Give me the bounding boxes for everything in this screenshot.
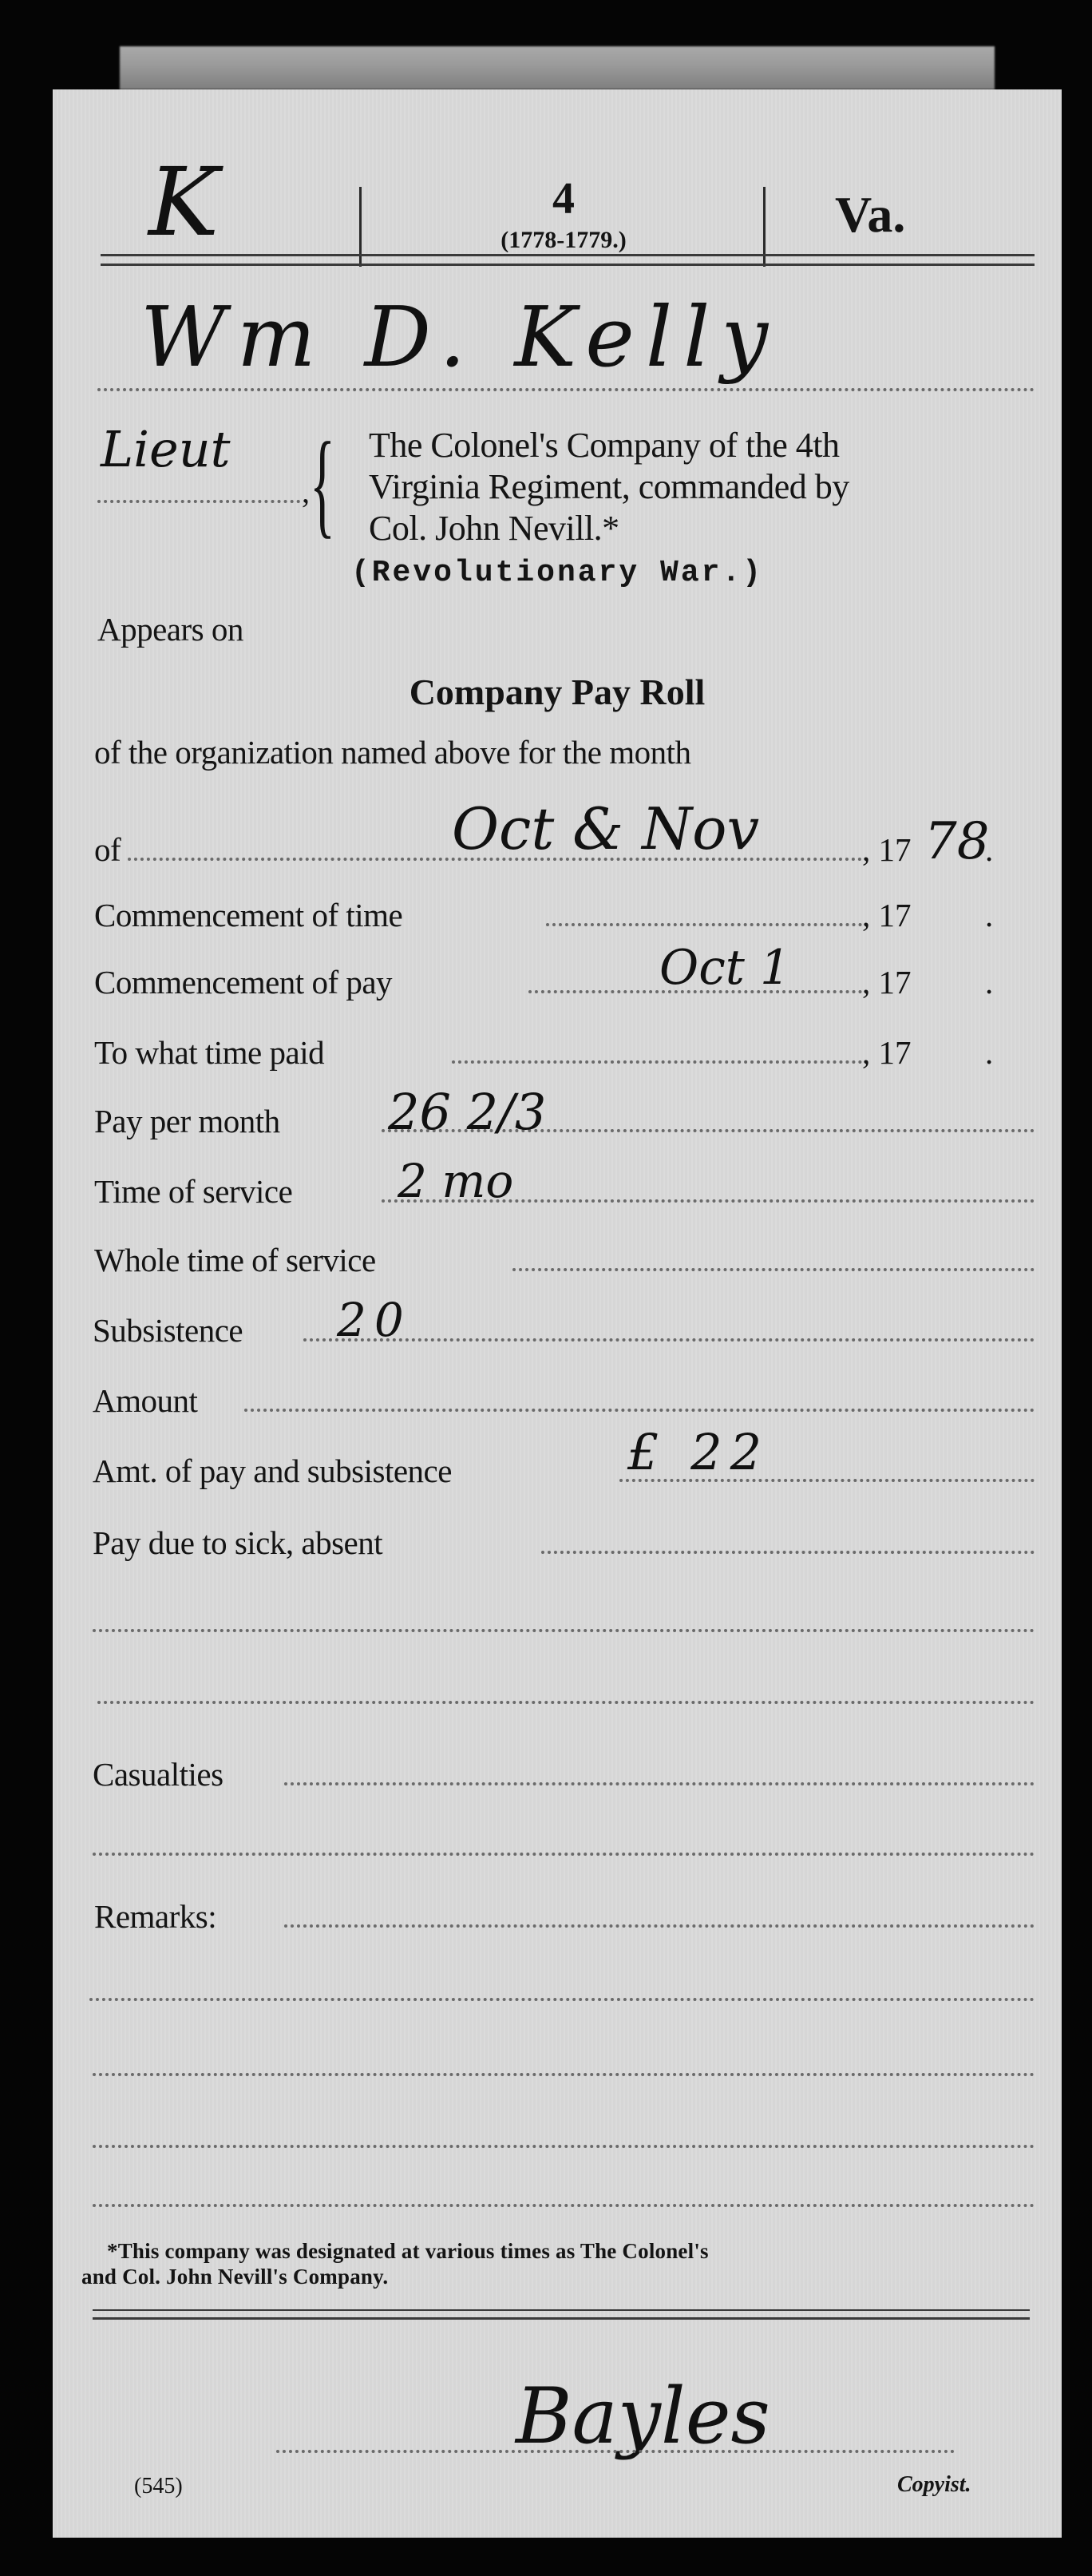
form-number: (545) [134, 2474, 183, 2499]
casualties-line [284, 1782, 1035, 1785]
copyist-signature: Bayles [516, 2378, 770, 2455]
blank-line-1 [93, 1629, 1035, 1632]
to-what-time-paid-label: To what time paid [94, 1036, 324, 1069]
appears-on-label: Appears on [97, 613, 243, 646]
month-label: of [94, 834, 121, 866]
soldier-name: Wm D. Kelly [140, 295, 779, 378]
footnote-line-2: and Col. John Nevill's Company. [81, 2265, 388, 2289]
header-rule-top [101, 254, 1035, 256]
footnote-line-1: *This company was designated at various … [107, 2239, 709, 2264]
rank-comma: , [302, 473, 310, 510]
organization-line-2: Virginia Regiment, commanded by [369, 466, 849, 507]
commencement-time-year: , 17 [862, 899, 912, 932]
organization-line-1: The Colonel's Company of the 4th [369, 425, 840, 466]
war-heading: (Revolutionary War.) [53, 556, 1062, 590]
header-regiment-number: 4 [524, 173, 603, 224]
casualties-label: Casualties [93, 1758, 224, 1791]
remarks-line [284, 1924, 1035, 1928]
commencement-time-label: Commencement of time [94, 899, 402, 932]
header-years: (1778-1779.) [460, 227, 667, 254]
month-year-value: 78 [924, 816, 989, 867]
to-what-time-paid-year: , 17 [862, 1036, 912, 1069]
month-year-prefix: , 17 [862, 834, 912, 866]
footer-rule-top [93, 2309, 1030, 2311]
to-what-time-paid-end: . [985, 1036, 993, 1069]
subsistence-value: 20 [337, 1297, 412, 1343]
remarks-label: Remarks: [94, 1900, 216, 1933]
remarks-line-4 [93, 2145, 1035, 2148]
subsistence-line [303, 1338, 1035, 1342]
commencement-time-end: . [985, 899, 993, 932]
commencement-pay-label: Commencement of pay [94, 966, 392, 999]
pay-per-month-label: Pay per month [94, 1105, 280, 1138]
to-what-time-paid-line [452, 1060, 862, 1064]
record-type: Company Pay Roll [53, 671, 1062, 713]
organization-brace: { [310, 425, 335, 543]
pay-due-sick-absent-line [541, 1551, 1035, 1554]
footer-rule-bottom [93, 2317, 1030, 2320]
organization-line-3: Col. John Nevill.* [369, 508, 619, 549]
amt-pay-subsistence-value: £ 22 [627, 1428, 770, 1477]
whole-time-of-service-label: Whole time of service [94, 1244, 376, 1277]
name-line [97, 388, 1035, 391]
remarks-line-3 [93, 2073, 1035, 2076]
pay-due-sick-absent-label: Pay due to sick, absent [93, 1527, 382, 1559]
remarks-line-5 [93, 2204, 1035, 2207]
copyist-label: Copyist. [897, 2472, 971, 2498]
pay-per-month-value: 26 2/3 [388, 1088, 546, 1137]
header-initial: K [148, 155, 219, 249]
rank-line [97, 500, 300, 503]
signature-line [276, 2450, 955, 2453]
month-end: . [985, 834, 993, 866]
header-rule-bottom [101, 264, 1035, 266]
card-holder-tab [120, 46, 995, 89]
amount-line [244, 1409, 1035, 1412]
intro-text: of the organization named above for the … [94, 736, 691, 769]
commencement-pay-end: . [985, 966, 993, 999]
commencement-pay-year: , 17 [862, 966, 912, 999]
time-of-service-label: Time of service [94, 1175, 292, 1208]
remarks-line-2 [89, 1998, 1035, 2001]
whole-time-of-service-line [512, 1268, 1035, 1271]
subsistence-label: Subsistence [93, 1314, 243, 1347]
header-state: Va. [835, 185, 905, 244]
commencement-pay-value: Oct 1 [659, 944, 790, 992]
time-of-service-value: 2 mo [398, 1158, 513, 1204]
blank-line-3 [93, 1853, 1035, 1856]
muster-card: K 4 (1778-1779.) Va. Wm D. Kelly Lieut ,… [53, 89, 1062, 2538]
commencement-time-line [546, 923, 862, 926]
amount-label: Amount [93, 1385, 197, 1417]
month-value: Oct & Nov [452, 800, 759, 858]
soldier-rank: Lieut [101, 425, 231, 474]
blank-line-2 [97, 1701, 1035, 1704]
amt-pay-subsistence-label: Amt. of pay and subsistence [93, 1455, 452, 1488]
